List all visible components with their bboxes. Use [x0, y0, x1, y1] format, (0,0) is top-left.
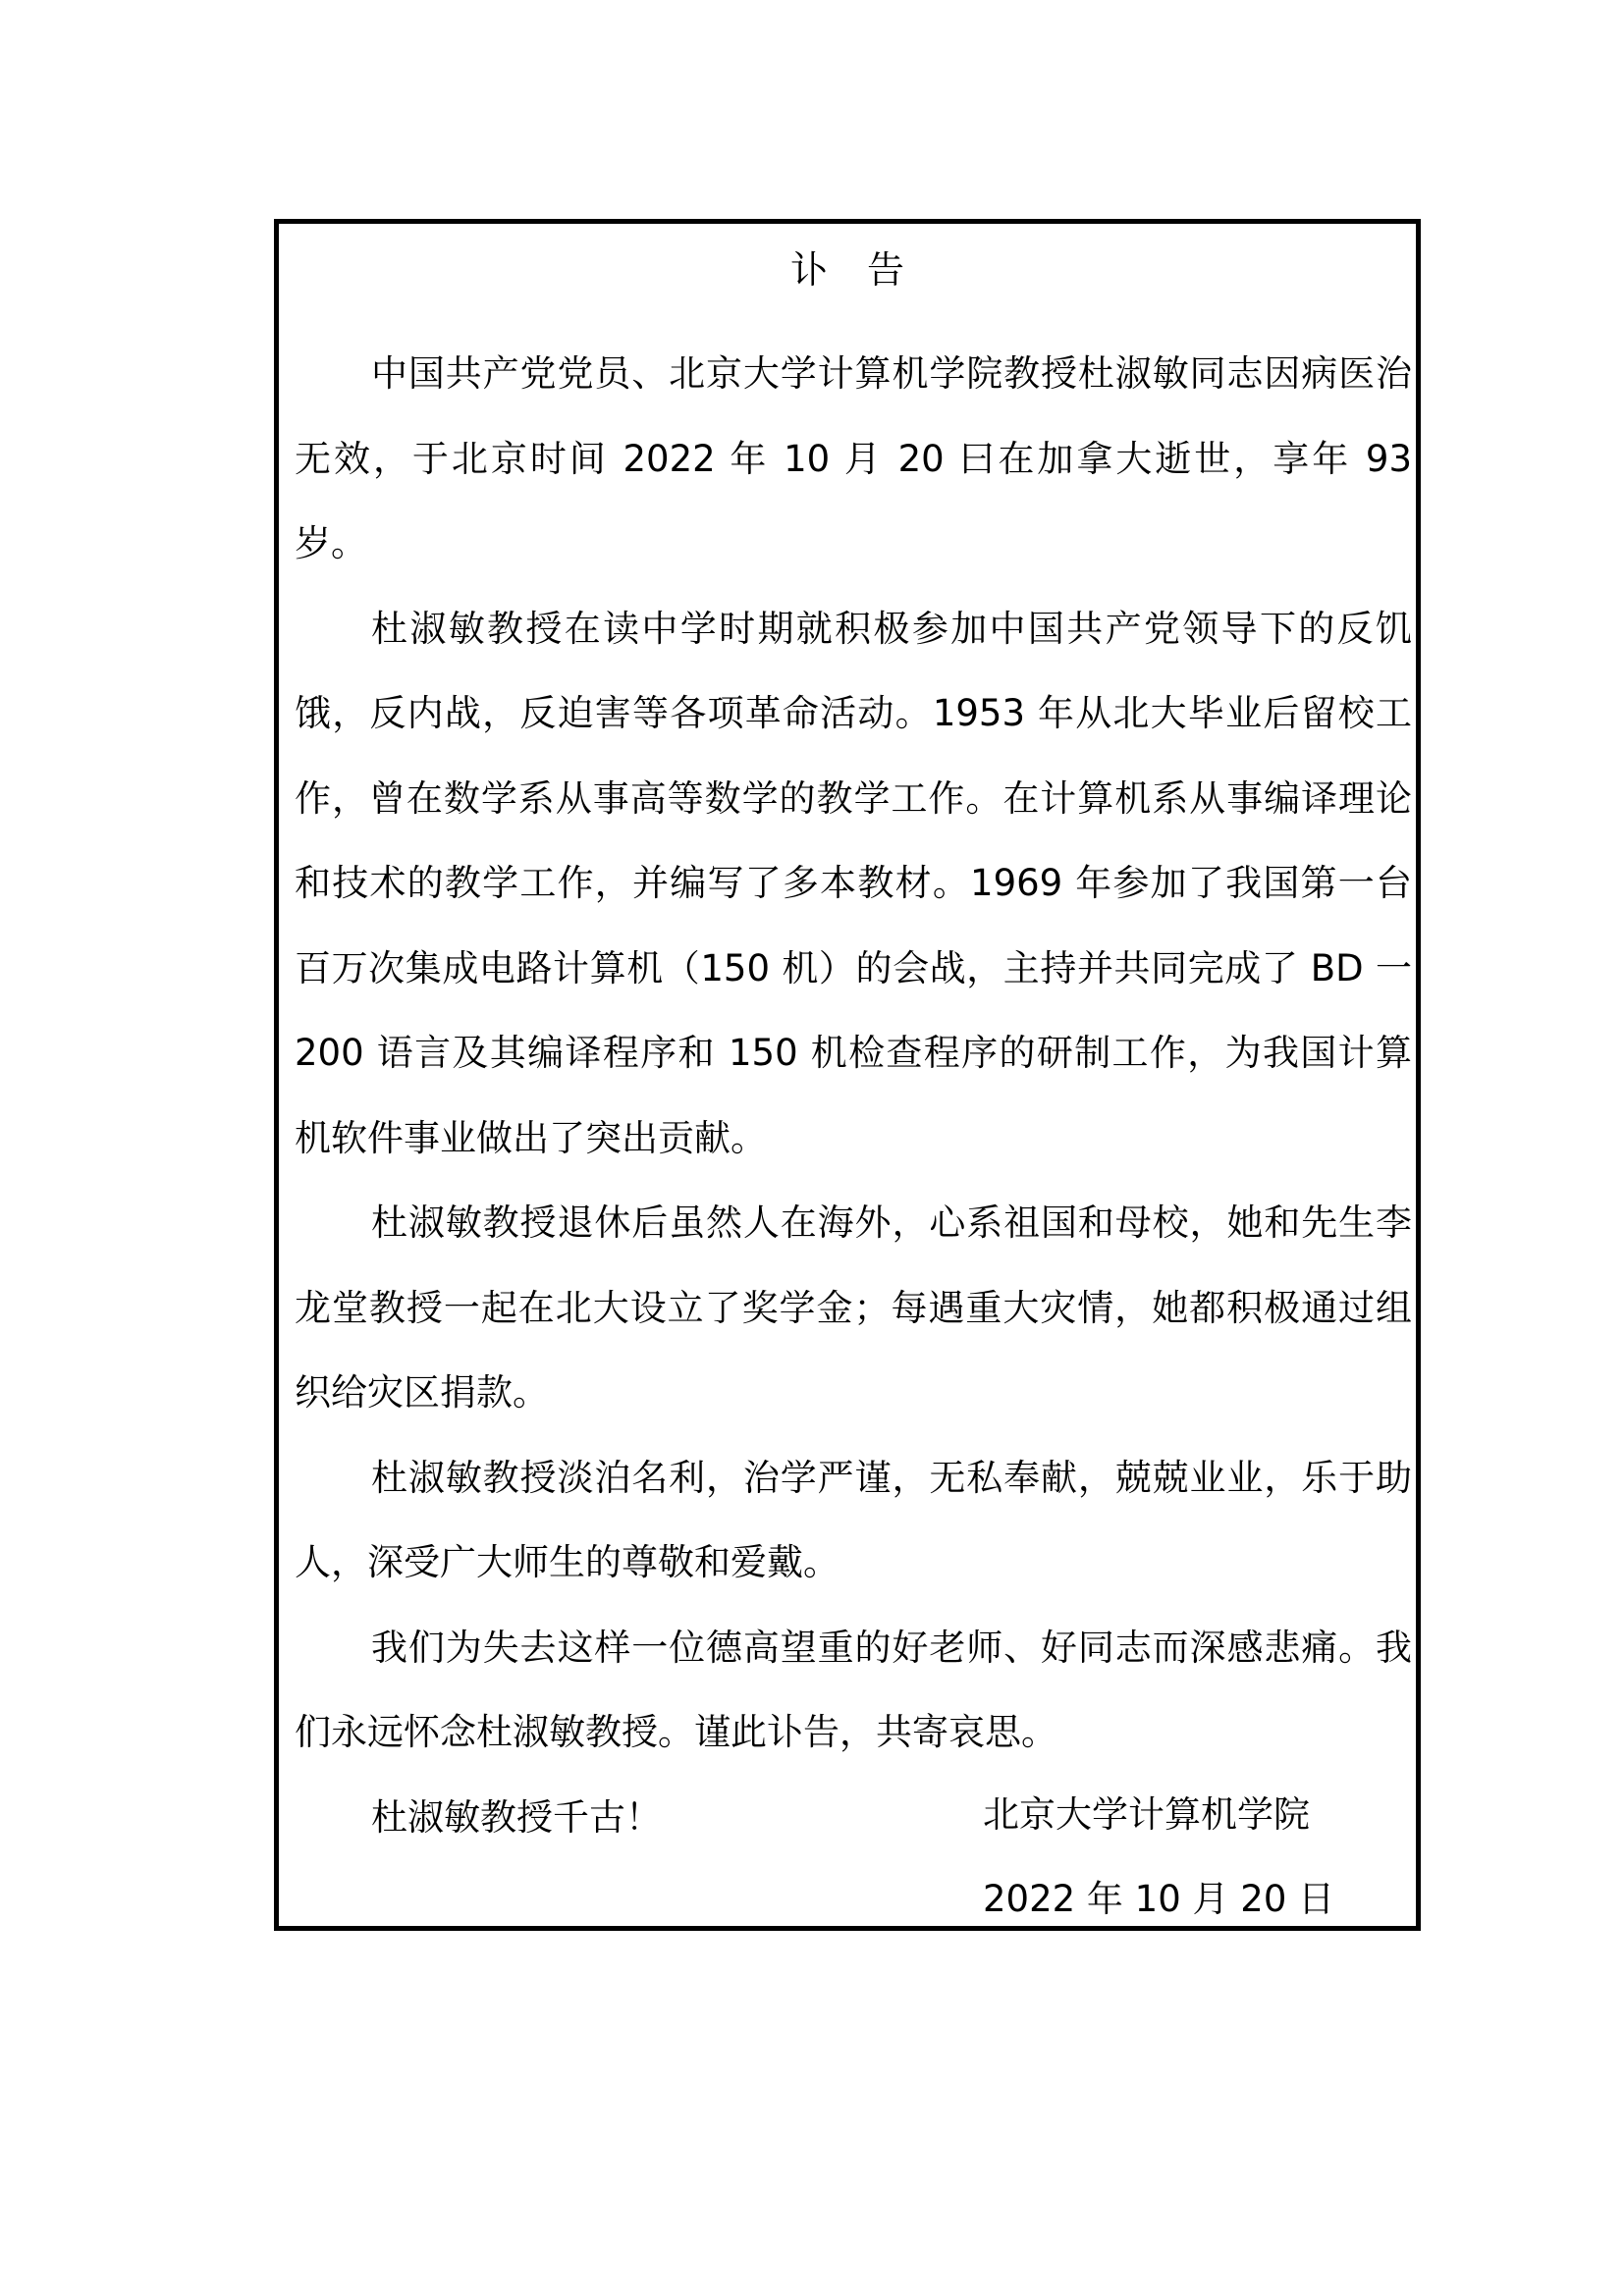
title-char-2: 告 — [867, 245, 904, 294]
obituary-body: 中国共产党党员、北京大学计算机学院教授杜淑敏同志因病医治无效，于北京时间 202… — [295, 332, 1412, 1860]
paragraph-mourning: 我们为失去这样一位德高望重的好老师、好同志而深感悲痛。我们永远怀念杜淑敏教授。谨… — [295, 1606, 1412, 1776]
signature-date: 2022 年 10 月 20 日 — [983, 1857, 1334, 1943]
title-char-1: 讣 — [790, 245, 828, 294]
paragraph-announcement: 中国共产党党员、北京大学计算机学院教授杜淑敏同志因病医治无效，于北京时间 202… — [295, 332, 1412, 587]
paragraph-career: 杜淑敏教授在读中学时期就积极参加中国共产党领导下的反饥饿，反内战，反迫害等各项革… — [295, 587, 1412, 1182]
signature-organization: 北京大学计算机学院 — [983, 1773, 1310, 1858]
paragraph-retirement: 杜淑敏教授退休后虽然人在海外，心系祖国和母校，她和先生李龙堂教授一起在北大设立了… — [295, 1181, 1412, 1436]
obituary-frame: 讣告 中国共产党党员、北京大学计算机学院教授杜淑敏同志因病医治无效，于北京时间 … — [274, 219, 1421, 1931]
obituary-title: 讣告 — [279, 245, 1416, 294]
paragraph-character: 杜淑敏教授淡泊名利，治学严谨，无私奉献，兢兢业业，乐于助人，深受广大师生的尊敬和… — [295, 1436, 1412, 1606]
